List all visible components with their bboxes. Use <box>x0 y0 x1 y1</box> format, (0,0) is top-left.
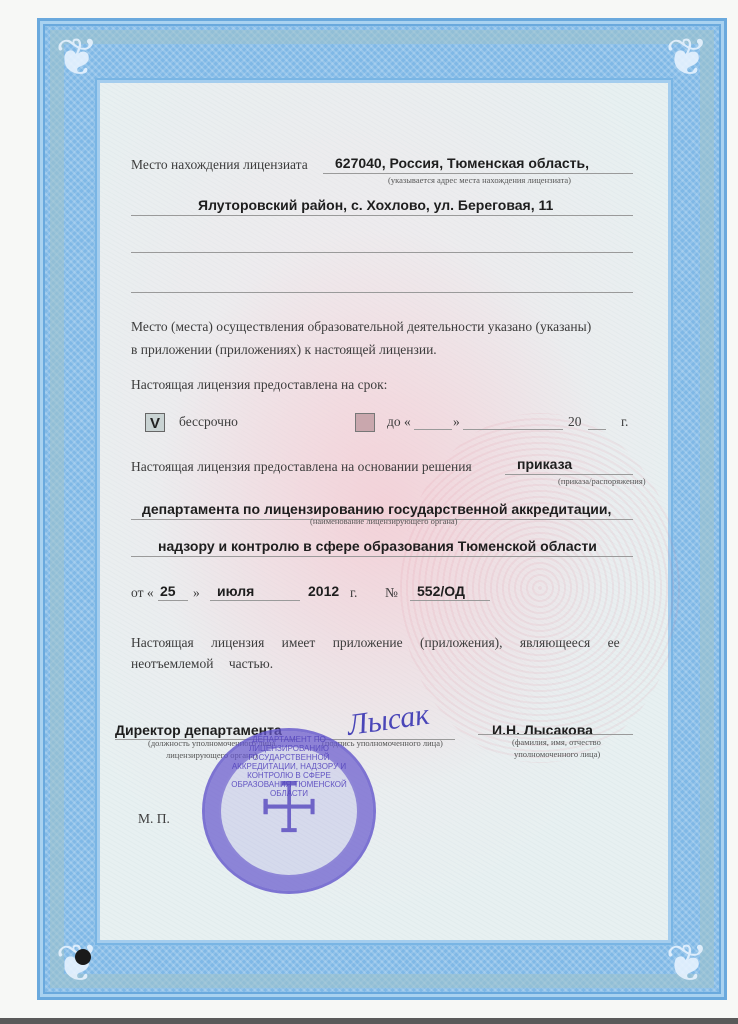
double-headed-eagle-icon: ☩ <box>240 761 338 859</box>
place-text-line1: Место (места) осуществления образователь… <box>131 319 591 335</box>
number-value: 552/ОД <box>417 583 465 599</box>
address-line1-rule <box>323 173 633 174</box>
authority-line2-rule <box>131 556 633 557</box>
authority-line1: департамента по лицензированию государст… <box>142 501 611 517</box>
signatory-name-caption1: (фамилия, имя, отчество <box>512 737 601 747</box>
scan-edge <box>0 1018 738 1024</box>
signatory-name: И.Н. Лысакова <box>492 722 593 738</box>
term-label: Настоящая лицензия предоставлена на срок… <box>131 377 387 393</box>
corner-ornament-icon: ❦ <box>652 930 722 1000</box>
term-year-suffix: г. <box>621 414 628 430</box>
date-day-rule <box>158 600 188 601</box>
authority-caption: (наименование лицензирующего органа) <box>310 516 458 526</box>
punch-hole <box>75 949 91 965</box>
address-line1: 627040, Россия, Тюменская область, <box>335 155 589 171</box>
basis-type: приказа <box>517 456 572 472</box>
term-day-rule <box>414 429 452 430</box>
term-year-prefix: 20 <box>568 414 582 430</box>
appendix-line2: неотъемлемой частью. <box>131 656 273 672</box>
signatory-name-caption2: уполномоченного лица) <box>514 749 600 759</box>
term-month-rule <box>463 429 563 430</box>
appendix-line1: Настоящая лицензия имеет приложение (при… <box>131 635 620 651</box>
address-caption: (указывается адрес места нахождения лице… <box>388 175 571 185</box>
term-until-label: до « <box>387 414 411 430</box>
corner-ornament-icon: ❦ <box>42 930 112 1000</box>
official-stamp: ДЕПАРТАМЕНТ ПО ЛИЦЕНЗИРОВАНИЮ ГОСУДАРСТВ… <box>202 728 376 894</box>
date-month: июля <box>217 583 254 599</box>
date-prefix: от « <box>131 585 154 601</box>
term-unlimited-label: бессрочно <box>179 414 238 430</box>
date-quote-close: » <box>193 585 200 601</box>
date-day: 25 <box>160 583 176 599</box>
address-line2-rule <box>131 215 633 216</box>
term-until-checkbox[interactable] <box>355 413 375 432</box>
address-line2: Ялуторовский район, с. Хохлово, ул. Бере… <box>198 197 553 213</box>
date-month-rule <box>210 600 300 601</box>
authority-line2: надзору и контролю в сфере образования Т… <box>158 538 597 554</box>
term-unlimited-checkbox[interactable]: V <box>145 413 165 432</box>
date-year-suffix: г. <box>350 585 357 601</box>
date-year: 2012 <box>308 583 339 599</box>
address-label: Место нахождения лицензиата <box>131 157 308 173</box>
place-text-line2: в приложении (приложениях) к настоящей л… <box>131 342 437 358</box>
blank-rule-1 <box>131 252 633 253</box>
seal-label: М. П. <box>138 811 170 827</box>
basis-type-caption: (приказа/распоряжения) <box>558 476 646 486</box>
basis-type-rule <box>505 474 633 475</box>
term-year-rule <box>588 429 606 430</box>
number-label: № <box>385 585 398 601</box>
blank-rule-2 <box>131 292 633 293</box>
term-until-quote: » <box>453 414 460 430</box>
basis-label: Настоящая лицензия предоставлена на осно… <box>131 459 472 475</box>
signatory-name-rule <box>478 734 633 735</box>
number-rule <box>410 600 490 601</box>
